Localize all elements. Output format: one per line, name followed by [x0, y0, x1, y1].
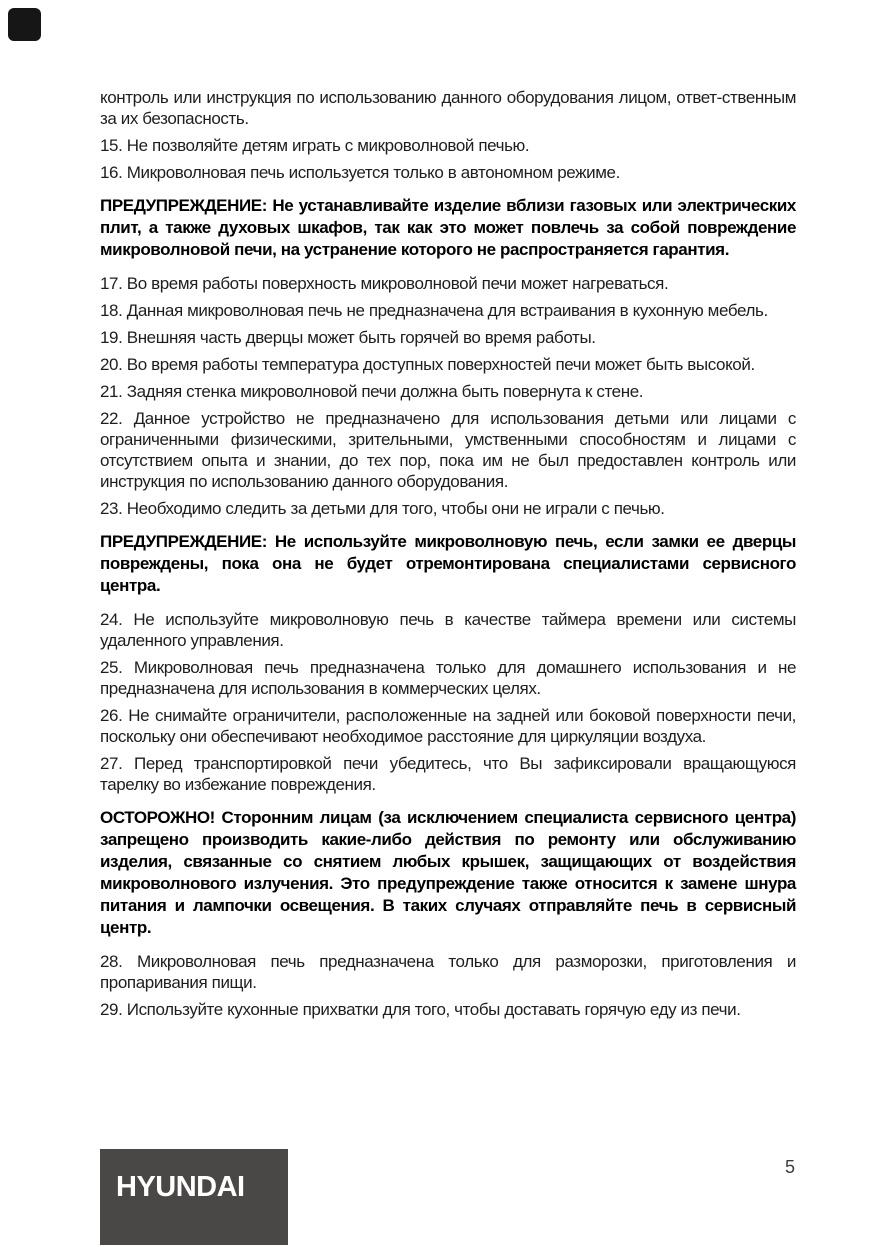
body-paragraph: 29. Используйте кухонные прихватки для т…	[100, 999, 796, 1020]
body-paragraph: 28. Микроволновая печь предназначена тол…	[100, 951, 796, 993]
body-paragraph: 16. Микроволновая печь используется толь…	[100, 162, 796, 183]
body-paragraph: 18. Данная микроволновая печь не предназ…	[100, 300, 796, 321]
body-paragraph: 22. Данное устройство не предназначено д…	[100, 408, 796, 492]
body-paragraph: 15. Не позволяйте детям играть с микрово…	[100, 135, 796, 156]
body-paragraph: 25. Микроволновая печь предназначена тол…	[100, 657, 796, 699]
warning-paragraph: ОСТОРОЖНО! Сторонним лицам (за исключени…	[100, 807, 796, 939]
body-paragraph: контроль или инструкция по использованию…	[100, 87, 796, 129]
body-paragraph: 27. Перед транспортировкой печи убедитес…	[100, 753, 796, 795]
paragraph-list: контроль или инструкция по использованию…	[100, 87, 796, 1026]
body-paragraph: 21. Задняя стенка микроволновой печи дол…	[100, 381, 796, 402]
body-paragraph: 19. Внешняя часть дверцы может быть горя…	[100, 327, 796, 348]
body-paragraph: 20. Во время работы температура доступны…	[100, 354, 796, 375]
body-paragraph: 23. Необходимо следить за детьми для тог…	[100, 498, 796, 519]
body-paragraph: 17. Во время работы поверхность микровол…	[100, 273, 796, 294]
page-number: 5	[778, 1156, 802, 1178]
body-paragraph: 24. Не используйте микроволновую печь в …	[100, 609, 796, 651]
body-paragraph: 26. Не снимайте ограничители, расположен…	[100, 705, 796, 747]
brand-logo-text: HYUNDAI	[100, 1149, 288, 1204]
warning-paragraph: ПРЕДУПРЕЖДЕНИЕ: Не используйте микроволн…	[100, 531, 796, 597]
manual-page: контроль или инструкция по использованию…	[0, 0, 896, 1247]
corner-square-mark	[8, 8, 41, 41]
footer-logo: HYUNDAI	[100, 1149, 288, 1245]
warning-paragraph: ПРЕДУПРЕЖДЕНИЕ: Не устанавливайте издели…	[100, 195, 796, 261]
